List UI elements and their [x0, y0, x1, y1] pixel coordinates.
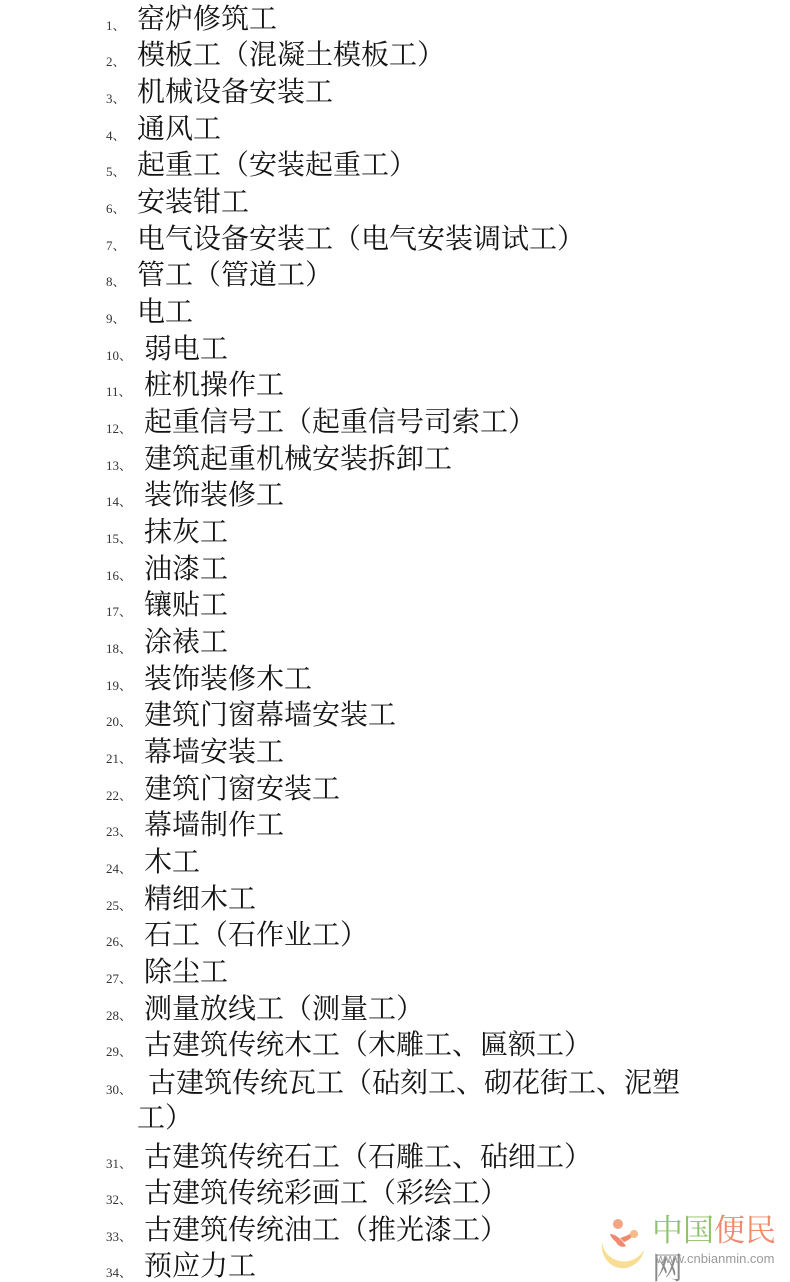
item-number: 14、: [106, 491, 140, 510]
item-number: 23、: [106, 821, 140, 840]
item-text: 涂裱工: [144, 624, 228, 660]
item-number: 25、: [106, 895, 140, 914]
item-text: 窑炉修筑工: [137, 1, 277, 37]
item-text: 木工: [144, 844, 200, 880]
watermark-url: www.cnbianmin.com: [656, 1251, 775, 1266]
item-text: 管工（管道工）: [137, 257, 333, 293]
item-text: 古建筑传统石工（石雕工、砧细工）: [144, 1139, 592, 1175]
item-number: 24、: [106, 858, 140, 877]
item-text: 油漆工: [144, 551, 228, 587]
item-number: 21、: [106, 748, 140, 767]
item-number: 13、: [106, 455, 140, 474]
watermark-brand: 中国便民网: [652, 1212, 786, 1282]
item-text: 通风工: [137, 111, 221, 147]
item-text: 模板工（混凝土模板工）: [137, 37, 445, 73]
item-text: 桩机操作工: [144, 367, 284, 403]
item-text: 幕墙安装工: [144, 734, 284, 770]
item-number: 20、: [106, 711, 140, 730]
item-number: 18、: [106, 638, 140, 657]
item-text: 安装钳工: [137, 184, 249, 220]
item-text: 装饰装修木工: [144, 661, 312, 697]
item-number: 28、: [106, 1005, 140, 1024]
item-text: 建筑起重机械安装拆卸工: [144, 441, 452, 477]
item-text: 古建筑传统油工（推光漆工）: [144, 1212, 508, 1248]
watermark-char: 便: [714, 1213, 745, 1249]
item-text: 古建筑传统瓦工（砧刻工、砌花街工、泥塑: [148, 1065, 680, 1101]
watermark-char: 民: [745, 1213, 776, 1249]
cnbianmin-logo-icon: [596, 1212, 648, 1272]
item-number: 33、: [106, 1226, 140, 1245]
item-number: 10、: [106, 345, 140, 364]
item-number: 2、: [106, 51, 140, 70]
item-number: 34、: [106, 1262, 140, 1281]
item-number: 17、: [106, 601, 140, 620]
item-number: 8、: [106, 271, 140, 290]
item-number: 6、: [106, 198, 140, 217]
item-text: 建筑门窗安装工: [144, 771, 340, 807]
item-number: 32、: [106, 1189, 140, 1208]
item-text: 起重信号工（起重信号司索工）: [144, 404, 536, 440]
item-text: 起重工（安装起重工）: [137, 147, 417, 183]
item-number: 19、: [106, 675, 140, 694]
item-text: 幕墙制作工: [144, 807, 284, 843]
item-text: 装饰装修工: [144, 477, 284, 513]
item-text: 机械设备安装工: [137, 74, 333, 110]
item-number: 1、: [106, 15, 140, 34]
watermark: 中国便民网 www.cnbianmin.com: [596, 1212, 786, 1272]
item-number: 30、: [106, 1079, 140, 1098]
item-number: 11、: [106, 381, 140, 400]
item-number: 15、: [106, 528, 140, 547]
item-text: 镶贴工: [144, 587, 228, 623]
item-text: 测量放线工（测量工）: [144, 991, 424, 1027]
item-number: 3、: [106, 88, 140, 107]
item-text: 建筑门窗幕墙安装工: [144, 697, 396, 733]
item-number: 26、: [106, 931, 140, 950]
item-text: 除尘工: [144, 954, 228, 990]
item-text-continuation: 工）: [137, 1100, 193, 1136]
item-text: 弱电工: [144, 331, 228, 367]
item-text: 石工（石作业工）: [144, 917, 368, 953]
item-text: 古建筑传统木工（木雕工、匾额工）: [144, 1027, 592, 1063]
item-number: 9、: [106, 308, 140, 327]
item-number: 31、: [106, 1153, 140, 1172]
watermark-char: 国: [683, 1213, 714, 1249]
item-number: 7、: [106, 235, 140, 254]
watermark-char: 中: [652, 1213, 683, 1249]
item-text: 电气设备安装工（电气安装调试工）: [137, 221, 585, 257]
item-number: 16、: [106, 565, 140, 584]
item-number: 12、: [106, 418, 140, 437]
item-number: 4、: [106, 125, 140, 144]
item-text: 电工: [137, 294, 193, 330]
item-text: 预应力工: [144, 1248, 256, 1282]
item-text: 古建筑传统彩画工（彩绘工）: [144, 1175, 508, 1211]
item-number: 22、: [106, 785, 140, 804]
item-text: 精细木工: [144, 881, 256, 917]
item-text: 抹灰工: [144, 514, 228, 550]
item-number: 5、: [106, 161, 140, 180]
item-number: 27、: [106, 968, 140, 987]
item-number: 29、: [106, 1041, 140, 1060]
